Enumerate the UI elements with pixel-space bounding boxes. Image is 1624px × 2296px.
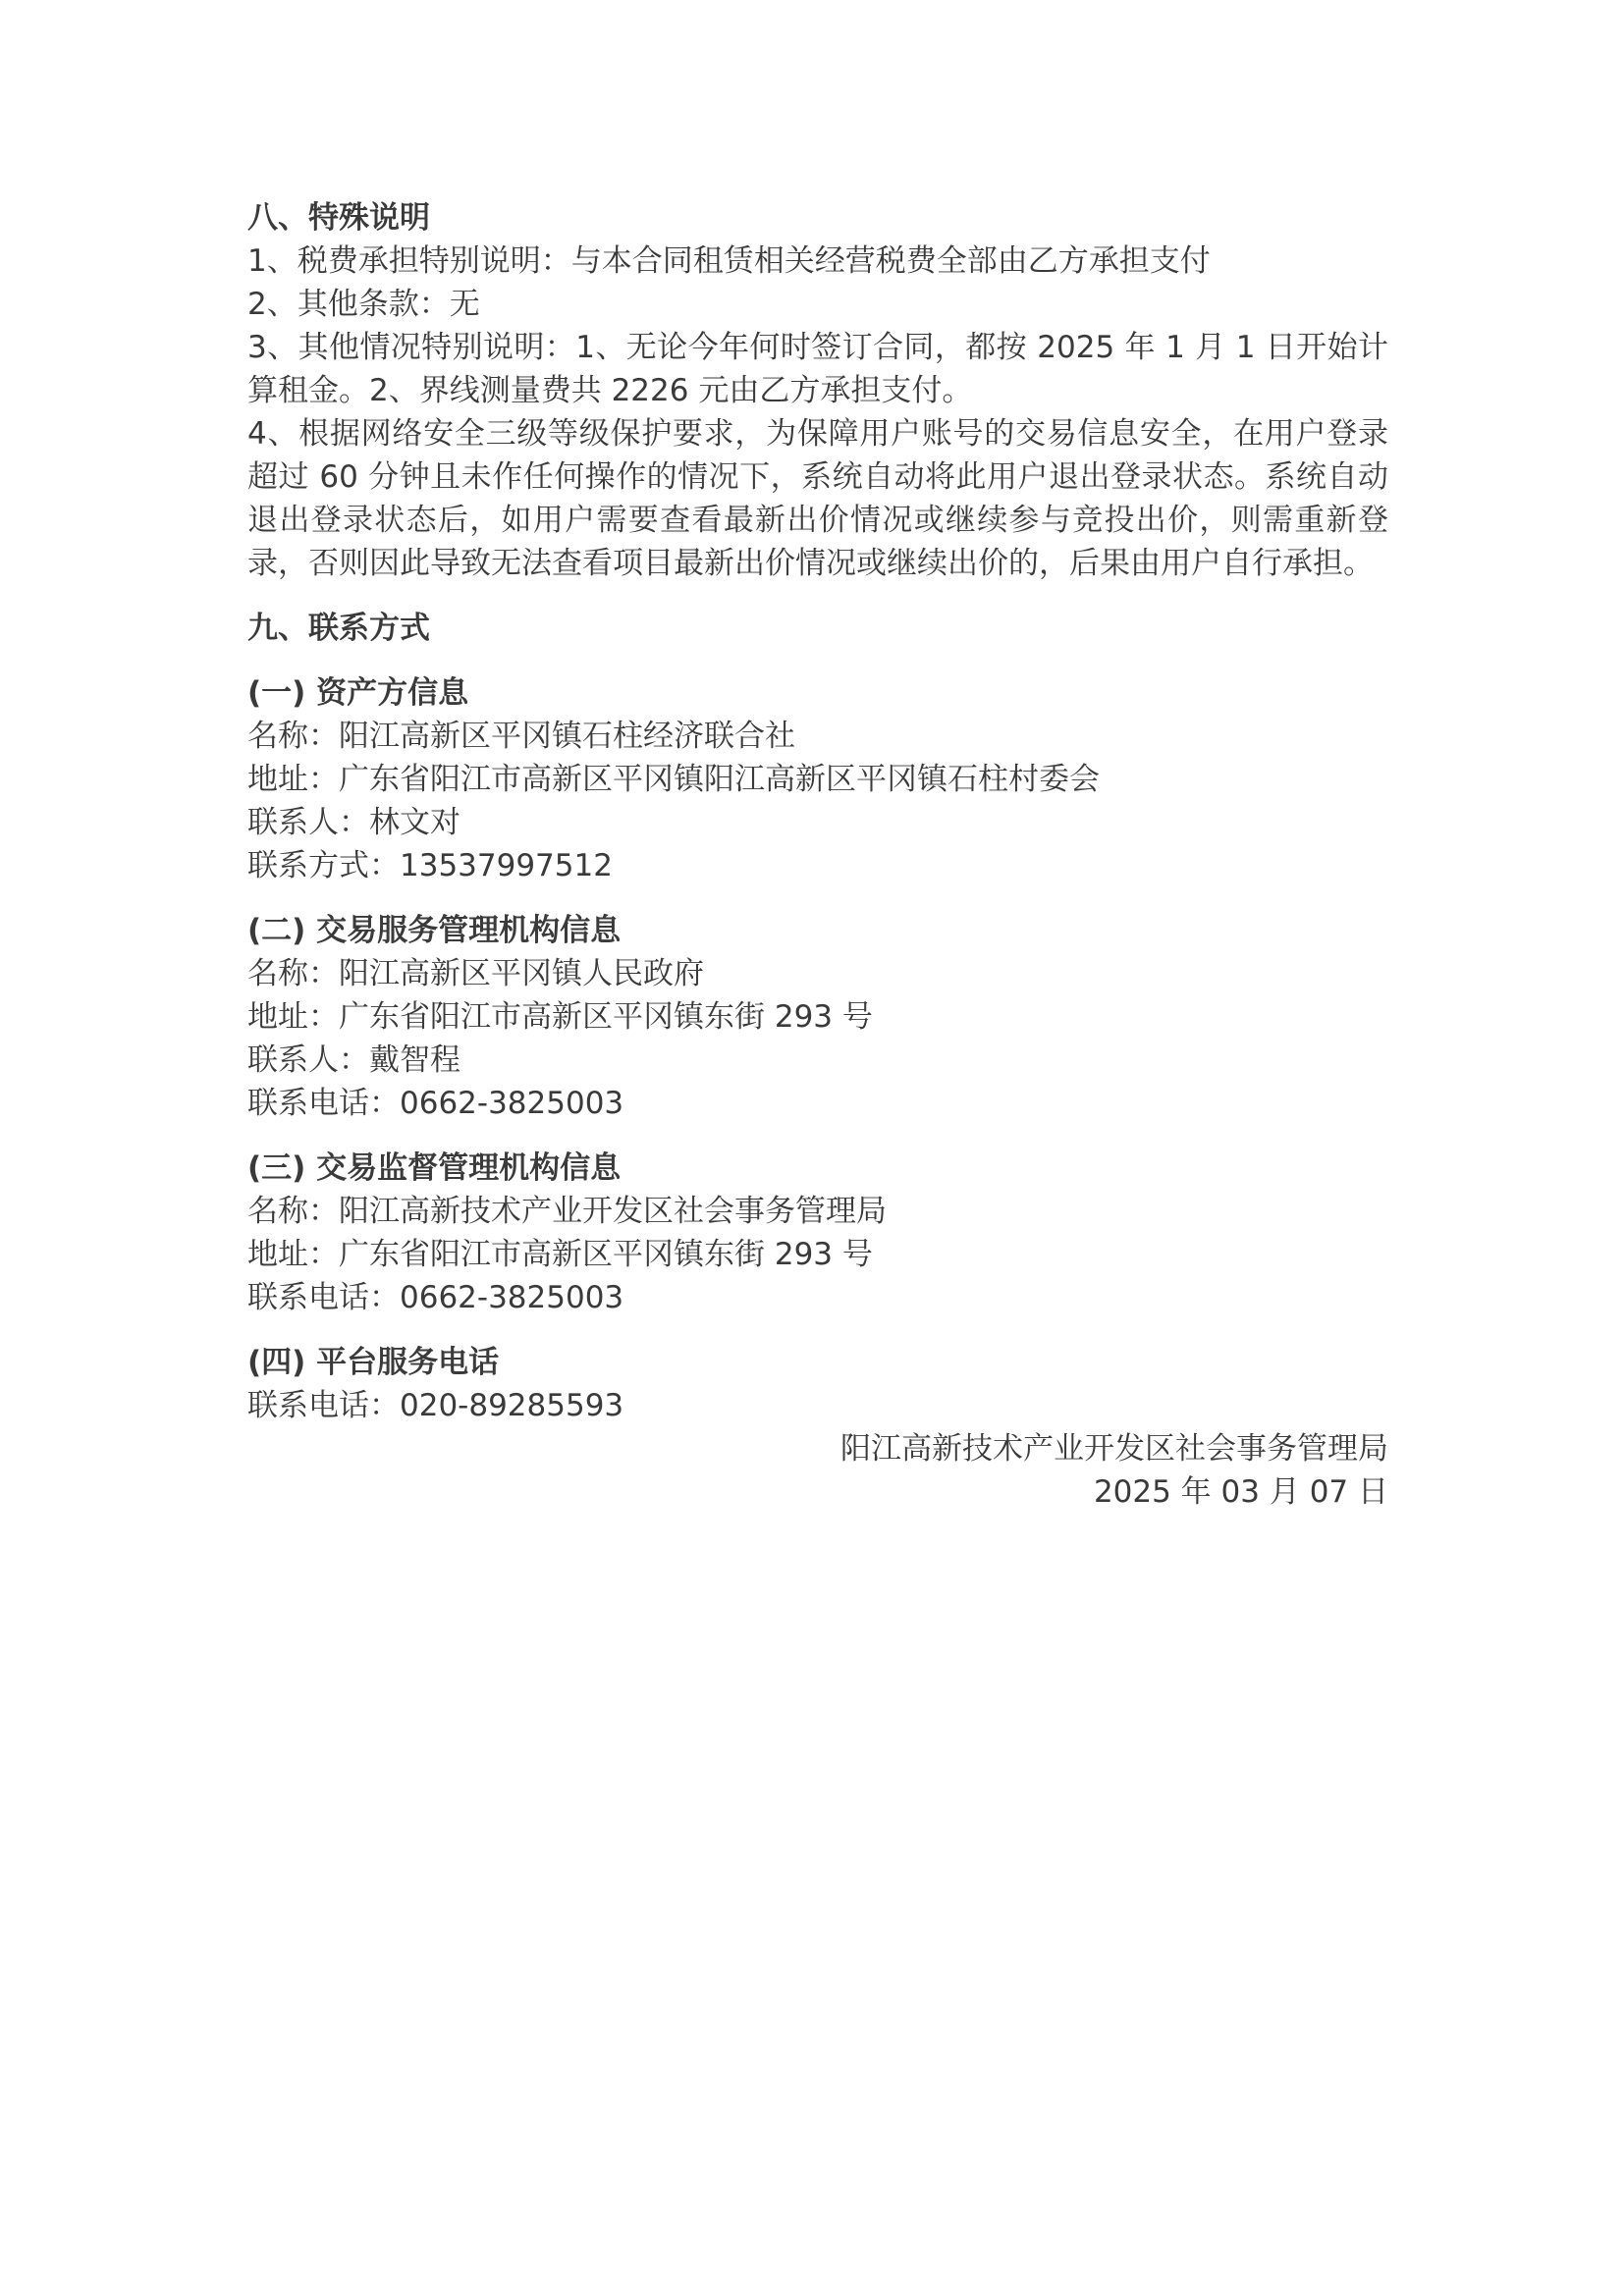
asset-owner-contact-person: 联系人：林文对 [247, 801, 1388, 844]
section-9-title: 九、联系方式 [247, 607, 1388, 650]
asset-owner-address: 地址：广东省阳江市高新区平冈镇阳江高新区平冈镇石柱村委会 [247, 758, 1388, 801]
supervision-agency-info: (三) 交易监督管理机构信息 名称：阳江高新技术产业开发区社会事务管理局 地址：… [247, 1147, 1388, 1319]
asset-owner-heading: (一) 资产方信息 [247, 671, 1388, 715]
section-8-item-2: 2、其他条款：无 [247, 283, 1388, 326]
service-agency-info: (二) 交易服务管理机构信息 名称：阳江高新区平冈镇人民政府 地址：广东省阳江市… [247, 909, 1388, 1125]
asset-owner-info: (一) 资产方信息 名称：阳江高新区平冈镇石柱经济联合社 地址：广东省阳江市高新… [247, 671, 1388, 887]
signature-date: 2025 年 03 月 07 日 [247, 1470, 1388, 1514]
service-agency-address: 地址：广东省阳江市高新区平冈镇东街 293 号 [247, 995, 1388, 1039]
asset-owner-name: 名称：阳江高新区平冈镇石柱经济联合社 [247, 715, 1388, 758]
section-8-item-3: 3、其他情况特别说明：1、无论今年何时签订合同，都按 2025 年 1 月 1 … [247, 326, 1388, 412]
asset-owner-contact: 联系方式：13537997512 [247, 844, 1388, 887]
platform-phone: 联系电话：020-89285593 [247, 1384, 1388, 1427]
signature-issuer: 阳江高新技术产业开发区社会事务管理局 [247, 1427, 1388, 1470]
document-page: 八、特殊说明 1、税费承担特别说明：与本合同租赁相关经营税费全部由乙方承担支付 … [247, 196, 1388, 1514]
service-agency-contact-person: 联系人：戴智程 [247, 1039, 1388, 1082]
service-agency-name: 名称：阳江高新区平冈镇人民政府 [247, 952, 1388, 995]
service-agency-heading: (二) 交易服务管理机构信息 [247, 909, 1388, 952]
service-agency-phone: 联系电话：0662-3825003 [247, 1082, 1388, 1125]
supervision-agency-heading: (三) 交易监督管理机构信息 [247, 1147, 1388, 1190]
platform-heading: (四) 平台服务电话 [247, 1341, 1388, 1384]
supervision-agency-phone: 联系电话：0662-3825003 [247, 1276, 1388, 1319]
supervision-agency-address: 地址：广东省阳江市高新区平冈镇东街 293 号 [247, 1233, 1388, 1276]
section-8-item-4: 4、根据网络安全三级等级保护要求，为保障用户账号的交易信息安全，在用户登录超过 … [247, 412, 1388, 585]
platform-info: (四) 平台服务电话 联系电话：020-89285593 [247, 1341, 1388, 1427]
section-8-title: 八、特殊说明 [247, 196, 1388, 240]
supervision-agency-name: 名称：阳江高新技术产业开发区社会事务管理局 [247, 1190, 1388, 1233]
section-8-item-1: 1、税费承担特别说明：与本合同租赁相关经营税费全部由乙方承担支付 [247, 240, 1388, 283]
